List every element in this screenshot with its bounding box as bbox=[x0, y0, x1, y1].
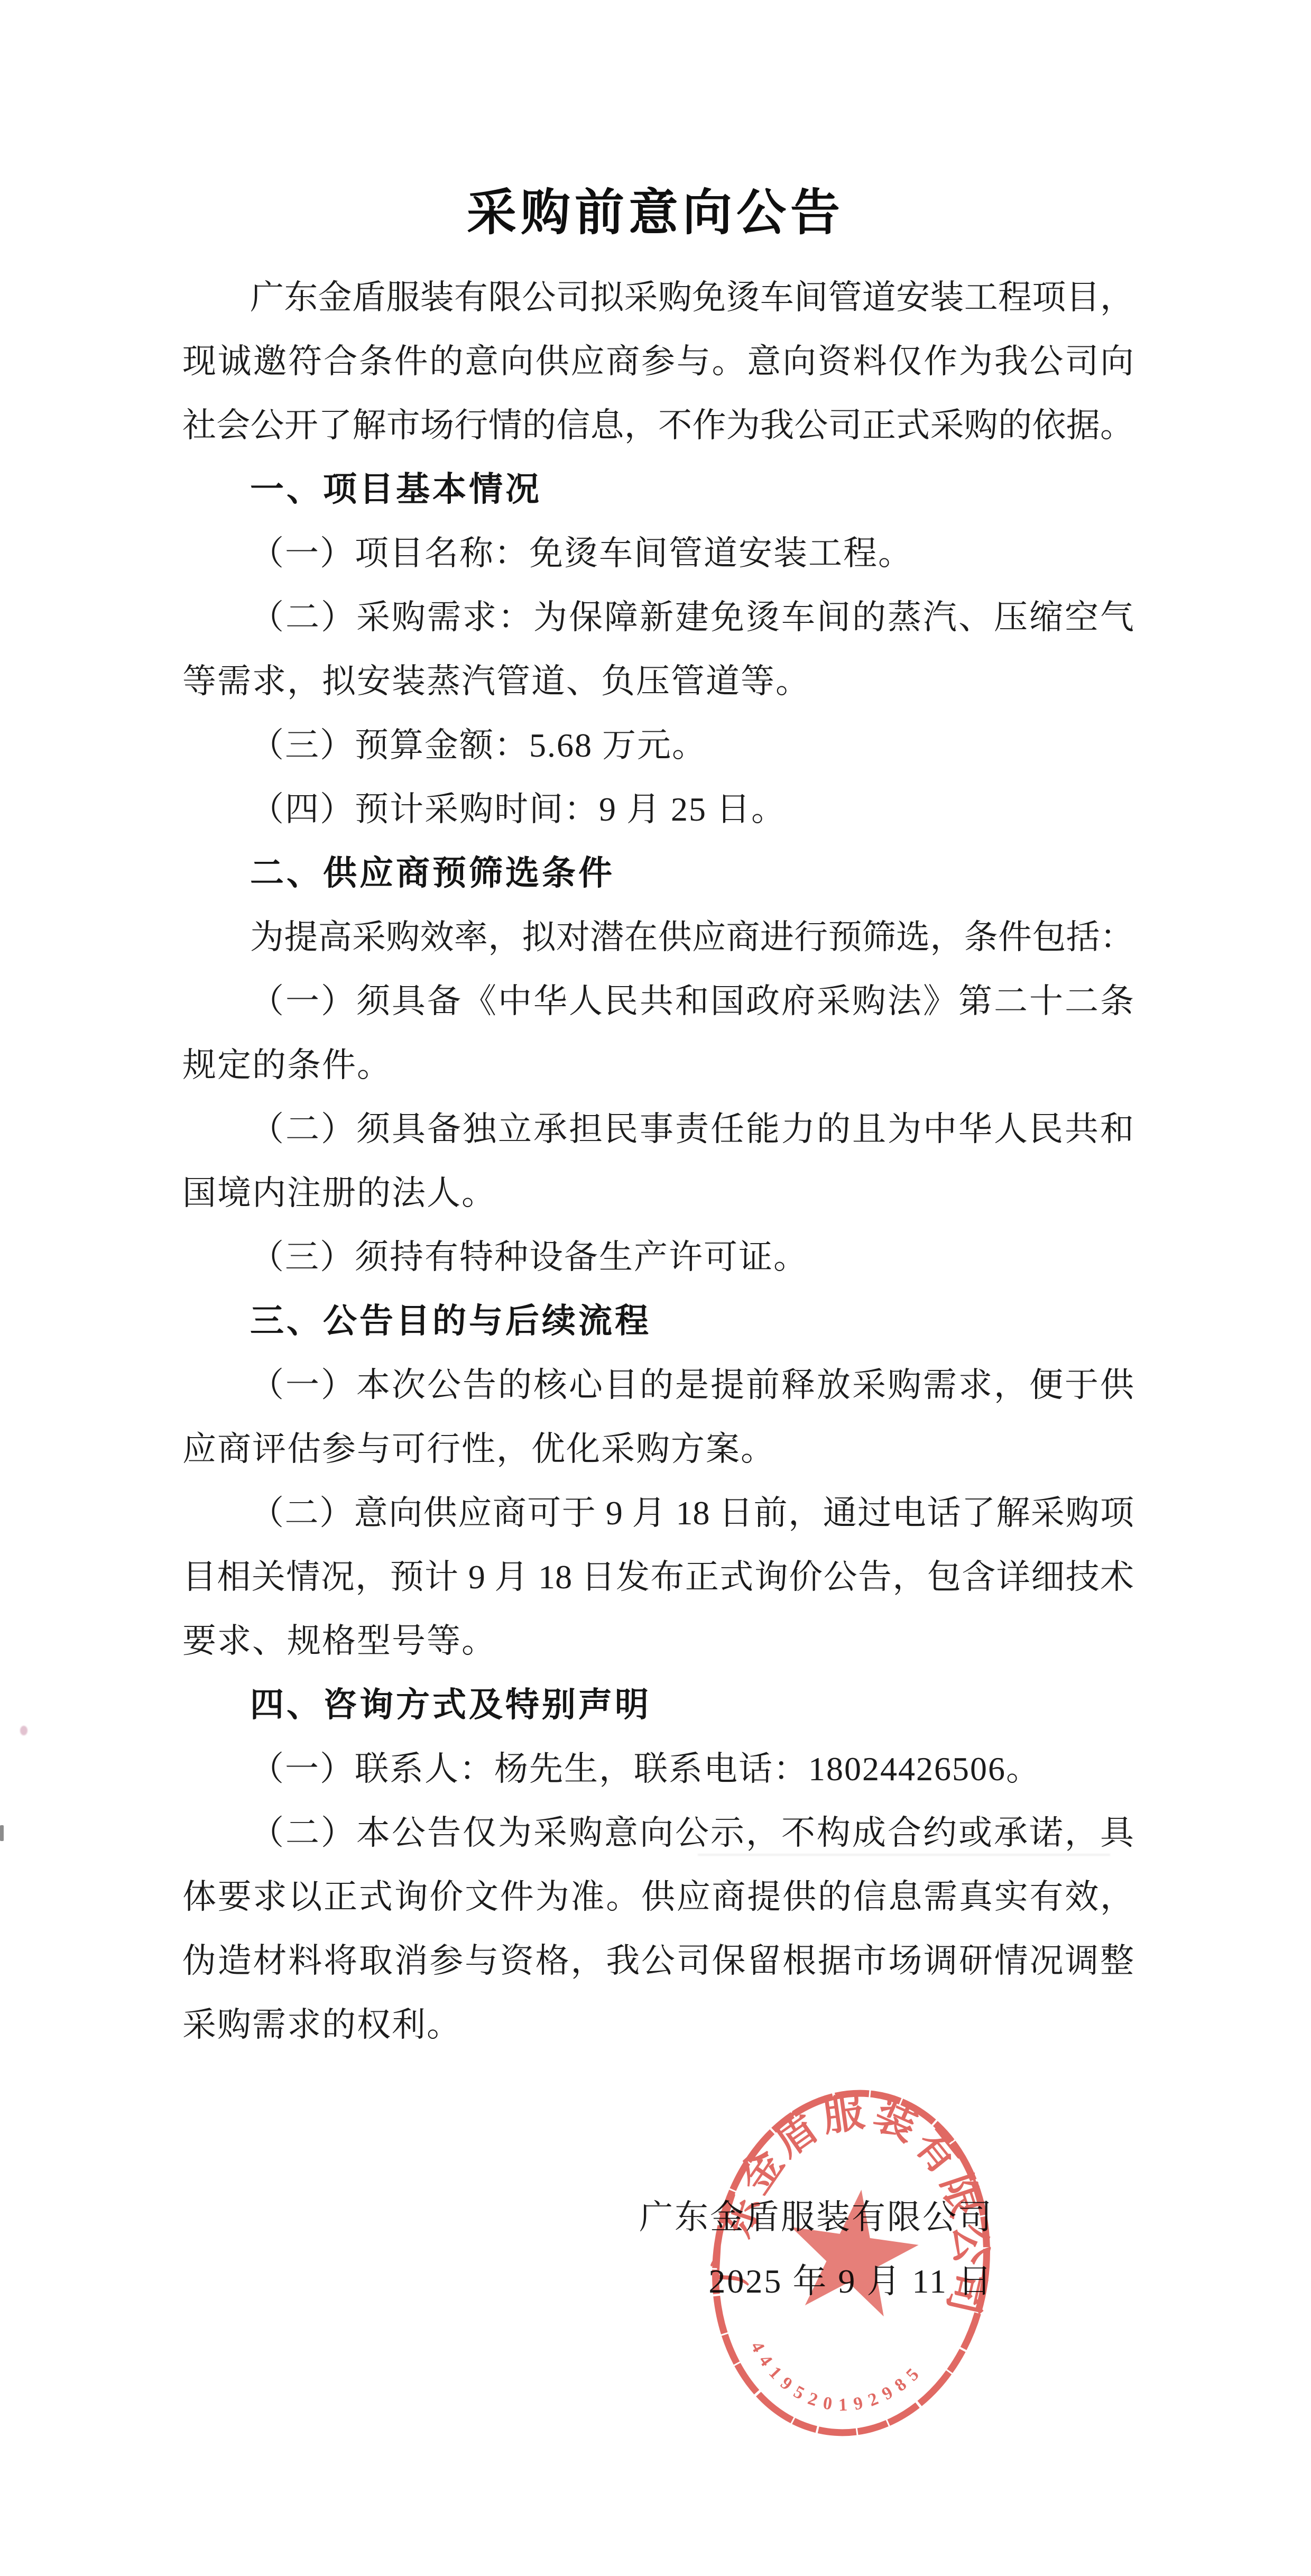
text-line: 要求、规格型号等。 bbox=[182, 1609, 1134, 1673]
text-line: （二）采购需求：为保障新建免烫车间的蒸汽、压缩空气 bbox=[182, 585, 1134, 649]
section-heading-4: 四、咨询方式及特别声明 bbox=[182, 1673, 1134, 1737]
text-line: 国境内注册的法人。 bbox=[182, 1161, 1134, 1225]
text-line: （三）须持有特种设备生产许可证。 bbox=[182, 1225, 1134, 1289]
text-line: 现诚邀符合条件的意向供应商参与。意向资料仅作为我公司向 bbox=[182, 329, 1134, 393]
text-line: 采购需求的权利。 bbox=[182, 1993, 1134, 2057]
text-line: （一）本次公告的核心目的是提前释放采购需求，便于供 bbox=[182, 1353, 1134, 1417]
text-line: 为提高采购效率，拟对潜在供应商进行预筛选，条件包括： bbox=[182, 905, 1134, 969]
scanned-document-page: 采购前意向公告 广东金盾服装有限公司拟采购免烫车间管道安装工程项目， 现诚邀符合… bbox=[0, 0, 1311, 2576]
text-line: 伪造材料将取消参与资格，我公司保留根据市场调研情况调整 bbox=[182, 1929, 1134, 1993]
scan-artifact-dot bbox=[20, 1726, 27, 1735]
section-heading-1: 一、项目基本情况 bbox=[182, 457, 1134, 521]
text-line: 社会公开了解市场行情的信息，不作为我公司正式采购的依据。 bbox=[182, 393, 1134, 457]
section-heading-2: 二、供应商预筛选条件 bbox=[182, 841, 1134, 905]
text-line: 目相关情况，预计 9 月 18 日发布正式询价公告，包含详细技术 bbox=[182, 1545, 1134, 1609]
text-line: （三）预算金额：5.68 万元。 bbox=[182, 713, 1134, 777]
text-line: （二）须具备独立承担民事责任能力的且为中华人民共和 bbox=[182, 1097, 1134, 1161]
text-line: （一）须具备《中华人民共和国政府采购法》第二十二条 bbox=[182, 969, 1134, 1033]
text-line: 体要求以正式询价文件为准。供应商提供的信息需真实有效， bbox=[182, 1865, 1134, 1929]
text-line: 等需求，拟安装蒸汽管道、负压管道等。 bbox=[182, 649, 1134, 713]
section-heading-3: 三、公告目的与后续流程 bbox=[182, 1289, 1134, 1353]
text-line: （二）意向供应商可于 9 月 18 日前，通过电话了解采购项 bbox=[182, 1481, 1134, 1545]
seal-star-icon bbox=[781, 2181, 925, 2320]
text-line: （一）项目名称：免烫车间管道安装工程。 bbox=[182, 521, 1134, 585]
text-line-contact: （一）联系人：杨先生，联系电话：18024426506。 bbox=[182, 1737, 1134, 1801]
document-title: 采购前意向公告 bbox=[180, 172, 1131, 244]
scan-artifact-streak bbox=[698, 1854, 1110, 1856]
scan-artifact-tick bbox=[0, 1825, 4, 1841]
text-line: 规定的条件。 bbox=[182, 1033, 1134, 1097]
text-line: 广东金盾服装有限公司拟采购免烫车间管道安装工程项目， bbox=[182, 265, 1134, 329]
text-line: （四）预计采购时间：9 月 25 日。 bbox=[182, 777, 1134, 841]
text-line: 应商评估参与可行性，优化采购方案。 bbox=[182, 1417, 1134, 1481]
company-seal: 广东金盾服装有限公司 4419520192985 bbox=[677, 2062, 1026, 2464]
document-body: 广东金盾服装有限公司拟采购免烫车间管道安装工程项目， 现诚邀符合条件的意向供应商… bbox=[182, 265, 1134, 2057]
